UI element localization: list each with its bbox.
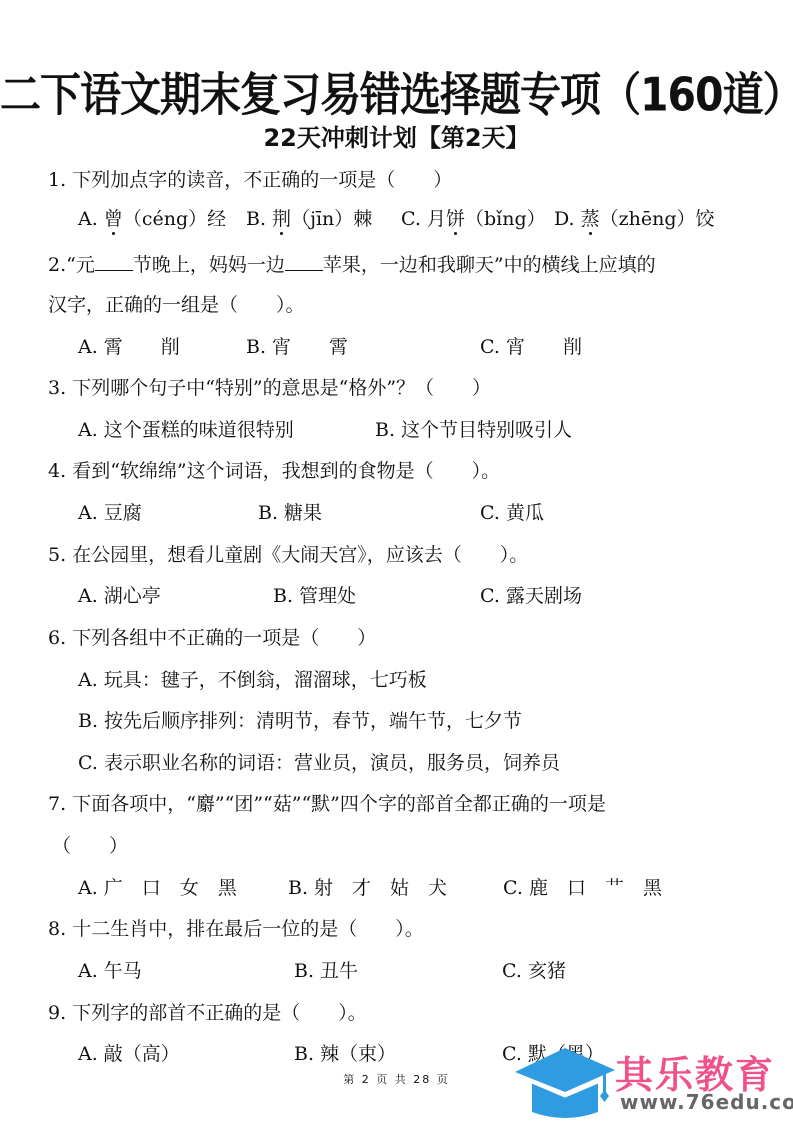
watermark-logo: 其乐教育 www.76edu.com xyxy=(510,1040,793,1122)
question-number: 9. xyxy=(48,1002,66,1024)
question-5-stem: 5. 在公园里，想看儿童剧《大闹天宫》，应该去（ ）。 xyxy=(48,543,528,567)
option-b: B. 射 才 姑 犬 xyxy=(288,876,447,900)
question-number: 6. xyxy=(48,627,66,649)
page-subtitle: 22天冲刺计划【第2天】 xyxy=(0,118,793,153)
question-number: 5. xyxy=(48,544,66,566)
page-title: 二下语文期末复习易错选择题专项（160道） xyxy=(0,58,793,124)
fill-blank xyxy=(285,252,323,271)
option-b: B. 管理处 xyxy=(273,584,356,608)
question-number: 7. xyxy=(48,793,66,815)
question-1-stem: 1. 下列加点字的读音，不正确的一项是（ ） xyxy=(48,168,452,192)
question-4-stem: 4. 看到“软绵绵”这个词语，我想到的食物是（ ）。 xyxy=(48,459,500,483)
question-6-option-b: B. 按先后顺序排列：清明节，春节，端午节，七夕节 xyxy=(78,709,522,733)
question-number: 2. xyxy=(48,254,66,276)
graduation-cap-icon xyxy=(510,1040,615,1122)
question-9-stem: 9. 下列字的部首不正确的是（ ）。 xyxy=(48,1001,367,1025)
option-a: A. 这个蛋糕的味道很特别 xyxy=(78,418,294,442)
question-number: 3. xyxy=(48,377,66,399)
option-c: C. 亥猪 xyxy=(502,959,566,983)
question-2-stem: 2.“元节晚上，妈妈一边苹果，一边和我聊天”中的横线上应填的 xyxy=(48,252,656,277)
option-a: A. 广 口 女 黑 xyxy=(78,876,237,900)
question-2-stem-cont: 汉字，正确的一组是（ ）。 xyxy=(48,293,305,317)
question-6-stem: 6. 下列各组中不正确的一项是（ ） xyxy=(48,626,376,650)
option-c: C. 鹿 口 艹 黑 xyxy=(503,876,662,900)
watermark-url: www.76edu.com xyxy=(620,1090,793,1114)
question-number: 1. xyxy=(48,169,66,191)
question-6-option-c: C. 表示职业名称的词语：营业员，演员，服务员，饲养员 xyxy=(78,751,560,775)
option-c: C. 露天剧场 xyxy=(480,584,582,608)
question-number: 4. xyxy=(48,460,66,482)
option-a: A. 曾（céng）经 xyxy=(78,207,226,231)
option-a: A. 敲（高） xyxy=(78,1042,180,1066)
question-6-option-a: A. 玩具：毽子，不倒翁，溜溜球，七巧板 xyxy=(78,668,427,692)
option-b: B. 辣（束） xyxy=(294,1042,396,1066)
option-b: B. 荆（jīn）棘 xyxy=(246,207,372,231)
question-7-stem-cont: （ ） xyxy=(52,834,128,858)
question-number: 8. xyxy=(48,918,66,940)
option-c: C. 黄瓜 xyxy=(480,501,544,525)
option-c: C. 月饼（bǐng） xyxy=(401,207,546,231)
option-d: D. 蒸（zhēng）饺 xyxy=(554,207,715,231)
question-7-stem: 7. 下面各项中，“麝”“团”“菇”“默”四个字的部首全都正确的一项是 xyxy=(48,792,606,816)
question-3-stem: 3. 下列哪个句子中“特别”的意思是“格外”？（ ） xyxy=(48,376,491,400)
fill-blank xyxy=(95,252,133,271)
option-b: B. 这个节目特别吸引人 xyxy=(375,418,572,442)
option-a: A. 午马 xyxy=(78,959,142,983)
option-c: C. 宵 削 xyxy=(480,335,582,359)
option-a: A. 霄 削 xyxy=(78,335,180,359)
option-b: B. 丑牛 xyxy=(294,959,358,983)
option-b: B. 糖果 xyxy=(258,501,322,525)
question-text: 下列加点字的读音，不正确的一项是（ ） xyxy=(72,169,452,191)
option-a: A. 豆腐 xyxy=(78,501,142,525)
option-b: B. 宵 霄 xyxy=(246,335,348,359)
option-a: A. 湖心亭 xyxy=(78,584,161,608)
question-8-stem: 8. 十二生肖中，排在最后一位的是（ ）。 xyxy=(48,917,424,941)
